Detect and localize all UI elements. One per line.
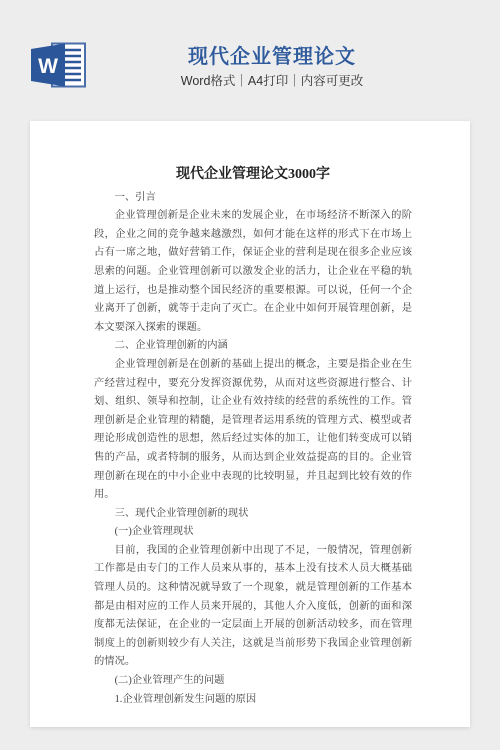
document-title: 现代企业管理论文3000字 bbox=[94, 166, 412, 185]
sub-heading-problem-causes: 1.企业管理创新发生问题的原因 bbox=[94, 691, 412, 710]
document-page: 现代企业管理论文3000字 一、引言 企业管理创新是企业未来的发展企业，在市场经… bbox=[30, 121, 470, 727]
page-subtitle: Word格式｜A4打印｜内容可更改 bbox=[0, 71, 500, 89]
section-heading-connotation: 二、企业管理创新的内涵 bbox=[94, 337, 412, 356]
sub-heading-problems: (二)企业管理产生的问题 bbox=[94, 672, 412, 691]
paragraph-introduction: 企业管理创新是企业未来的发展企业，在市场经济不断深入的阶段，企业之间的竞争越来越… bbox=[94, 207, 412, 337]
sub-heading-management-status: (一)企业管理现状 bbox=[94, 523, 412, 542]
section-heading-status: 三、现代企业管理创新的现状 bbox=[94, 505, 412, 524]
section-heading-introduction: 一、引言 bbox=[94, 189, 412, 208]
paragraph-management-status: 目前，我国的企业管理创新中出现了不足，一般情况，管理创新工作都是由专门的工作人员… bbox=[94, 542, 412, 672]
paragraph-connotation: 企业管理创新是在创新的基础上提出的概念，主要是指企业在生产经营过程中，要充分发挥… bbox=[94, 356, 412, 505]
page-title: 现代企业管理论文 bbox=[0, 40, 500, 69]
header: W 现代企业管理论文 Word格式｜A4打印｜内容可更改 bbox=[0, 0, 500, 121]
